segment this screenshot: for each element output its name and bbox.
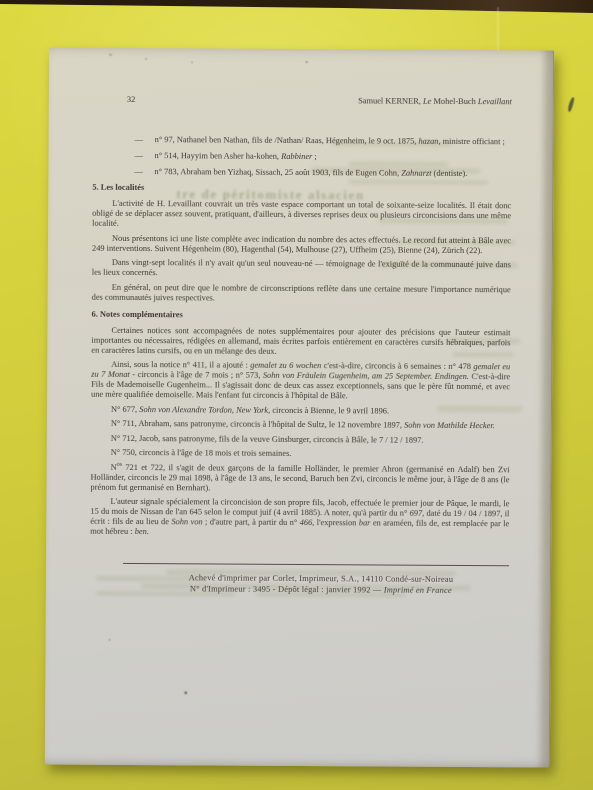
section-heading-localites: 5. Les localités bbox=[92, 183, 511, 196]
table-edge-shadow bbox=[0, 0, 593, 16]
section-heading-notes: 6. Notes complémentaires bbox=[92, 309, 511, 322]
colophon-lines: Achevé d'imprimer par Corlet, Imprimeur,… bbox=[128, 573, 514, 596]
divider-rule bbox=[123, 563, 509, 566]
paragraph: L'activité de H. Levaillant couvrait un … bbox=[92, 199, 511, 232]
list-item-text: n° 514, Hayyim ben Asher ha-kohen, Rabbi… bbox=[155, 151, 317, 161]
running-title: Samuel KERNER, Le Mohel-Buch Levaillant bbox=[358, 96, 512, 107]
paragraph: L'auteur signale spécialement la circonc… bbox=[90, 497, 509, 540]
paragraph: N° 711, Abraham, sans patronyme, circonc… bbox=[91, 419, 510, 432]
paragraph: N° 712, Jacob, sans patronyme, fils de l… bbox=[91, 433, 510, 446]
list-dash: — bbox=[134, 167, 142, 177]
list-item: — n° 97, Nathanel ben Nathan, fils de /N… bbox=[93, 135, 512, 148]
paragraph: Nous présentons ici une liste complète a… bbox=[92, 233, 511, 256]
list-item: — n° 514, Hayyim ben Asher ha-kohen, Rab… bbox=[93, 151, 512, 164]
paragraph: Dans vingt-sept localités il n'y avait q… bbox=[92, 258, 511, 281]
pen-mark bbox=[567, 97, 575, 113]
list-item: — n° 783, Abraham ben Yizhaq, Sissach, 2… bbox=[92, 167, 511, 180]
paragraph: Certaines notices sont accompagnées de n… bbox=[91, 325, 510, 358]
list-dash: — bbox=[135, 135, 143, 145]
page-header: 32 Samuel KERNER, Le Mohel-Buch Levailla… bbox=[93, 95, 512, 108]
paragraph: En général, on peut dire que le nombre d… bbox=[92, 282, 511, 305]
list-dash: — bbox=[135, 151, 143, 161]
photo-background: tre de péritomiste alsacien 32 Samuel KE… bbox=[0, 0, 593, 790]
paragraph: Nos 721 et 722, il s'agit de deux garçon… bbox=[90, 462, 509, 495]
colophon-line-2: N° d'Imprimeur : 3495 - Dépôt légal : ja… bbox=[128, 583, 514, 596]
entry-list: — n° 97, Nathanel ben Nathan, fils de /N… bbox=[92, 135, 511, 180]
paragraph: N° 677, Sohn von Alexandre Tordon, New Y… bbox=[91, 404, 510, 417]
colophon: Achevé d'imprimer par Corlet, Imprimeur,… bbox=[90, 563, 509, 597]
page-number: 32 bbox=[93, 95, 135, 105]
paragraph: N° 750, circoncis à l'âge de 18 mois et … bbox=[91, 448, 510, 461]
page-content: 32 Samuel KERNER, Le Mohel-Buch Levailla… bbox=[45, 47, 554, 767]
paragraph: Ainsi, sous la notice n° 411, il a ajout… bbox=[91, 360, 510, 403]
book-page: tre de péritomiste alsacien 32 Samuel KE… bbox=[45, 47, 554, 767]
list-item-text: n° 97, Nathanel ben Nathan, fils de /Nat… bbox=[155, 135, 505, 146]
list-item-text: n° 783, Abraham ben Yizhaq, Sissach, 25 … bbox=[154, 167, 467, 178]
